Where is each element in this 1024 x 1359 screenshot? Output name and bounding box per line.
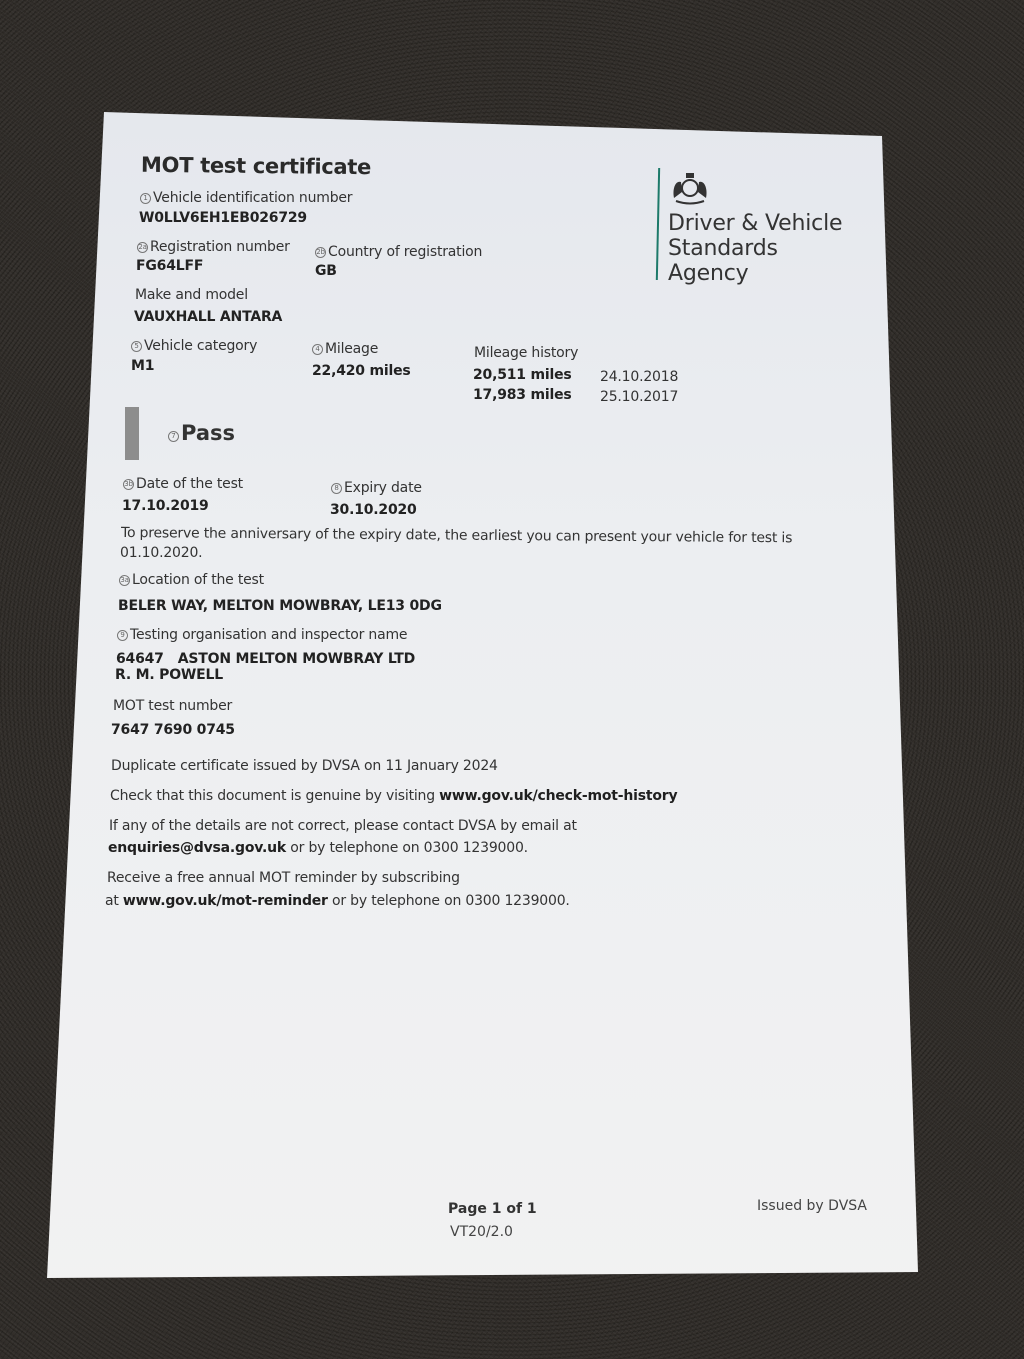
- country-label-text: Country of registration: [328, 244, 482, 260]
- expiry-date-label: 8Expiry date: [331, 480, 422, 496]
- organisation-name: ASTON MELTON MOWBRAY LTD: [178, 651, 415, 667]
- reminder-suffix: or by telephone on 0300 1239000.: [328, 893, 570, 909]
- reminder-notice-line2: at www.gov.uk/mot-reminder or by telepho…: [105, 893, 570, 909]
- contact-notice-line1: If any of the details are not correct, p…: [109, 818, 577, 834]
- field-marker: 4: [312, 344, 323, 355]
- category-label: 5Vehicle category: [131, 338, 257, 354]
- test-number-label: MOT test number: [113, 698, 232, 714]
- field-marker: 2b: [315, 247, 326, 258]
- field-marker: 3b: [123, 479, 134, 490]
- test-result: 7Pass: [168, 421, 235, 445]
- agency-name-line2: Standards: [668, 236, 842, 261]
- reminder-notice-line1: Receive a free annual MOT reminder by su…: [107, 870, 460, 886]
- registration-value: FG64LFF: [136, 258, 203, 274]
- expiry-date-label-text: Expiry date: [344, 480, 422, 496]
- location-label-text: Location of the test: [132, 572, 264, 588]
- mileage-label: 4Mileage: [312, 341, 378, 357]
- page-number: Page 1 of 1: [448, 1201, 537, 1217]
- agency-name-line3: Agency: [668, 261, 842, 286]
- vin-label: 1Vehicle identification number: [140, 190, 352, 206]
- organisation-value: 64647 ASTON MELTON MOWBRAY LTD: [116, 651, 415, 667]
- category-label-text: Vehicle category: [144, 338, 257, 354]
- mileage-label-text: Mileage: [325, 341, 378, 357]
- mileage-history-date-1: 24.10.2018: [600, 369, 678, 385]
- location-value: BELER WAY, MELTON MOWBRAY, LE13 0DG: [118, 598, 442, 614]
- form-code: VT20/2.0: [450, 1224, 513, 1240]
- royal-coat-of-arms-icon: [668, 170, 712, 206]
- category-value: M1: [131, 358, 154, 374]
- test-date-value: 17.10.2019: [122, 498, 209, 514]
- field-marker: 7: [168, 431, 179, 442]
- field-marker: 5: [131, 341, 142, 352]
- check-mot-history-link[interactable]: www.gov.uk/check-mot-history: [439, 788, 677, 804]
- field-marker: 3a: [119, 575, 130, 586]
- agency-name: Driver & Vehicle Standards Agency: [668, 211, 842, 286]
- make-model-value: VAUXHALL ANTARA: [134, 309, 282, 325]
- field-marker: 9: [117, 630, 128, 641]
- mileage-history-miles-1: 20,511 miles: [473, 367, 572, 383]
- issuer: Issued by DVSA: [757, 1198, 867, 1214]
- organisation-label-text: Testing organisation and inspector name: [130, 627, 407, 643]
- test-date-label: 3bDate of the test: [123, 476, 243, 492]
- organisation-label: 9Testing organisation and inspector name: [117, 627, 407, 643]
- field-marker: 2a: [137, 242, 148, 253]
- country-value: GB: [315, 263, 337, 279]
- inspector-name: R. M. POWELL: [115, 667, 223, 683]
- site-number: 64647: [116, 651, 164, 667]
- field-marker: 8: [331, 483, 342, 494]
- test-result-value: Pass: [181, 421, 235, 445]
- make-model-label: Make and model: [135, 287, 248, 303]
- contact-notice-line2: enquiries@dvsa.gov.uk or by telephone on…: [108, 840, 528, 856]
- anniversary-note-line2: 01.10.2020.: [120, 545, 202, 561]
- mileage-history-miles-2: 17,983 miles: [473, 387, 572, 403]
- mileage-history-date-2: 25.10.2017: [600, 389, 678, 405]
- result-indicator-bar: [125, 407, 139, 460]
- duplicate-notice: Duplicate certificate issued by DVSA on …: [111, 758, 498, 774]
- location-label: 3aLocation of the test: [119, 572, 264, 588]
- mot-reminder-link[interactable]: www.gov.uk/mot-reminder: [123, 893, 328, 909]
- agency-name-line1: Driver & Vehicle: [668, 211, 842, 236]
- expiry-date-value: 30.10.2020: [330, 502, 417, 518]
- vin-label-text: Vehicle identification number: [153, 190, 352, 206]
- mileage-history-label: Mileage history: [474, 345, 578, 361]
- mileage-value: 22,420 miles: [312, 363, 411, 379]
- check-notice-text: Check that this document is genuine by v…: [110, 788, 439, 804]
- registration-label: 2aRegistration number: [137, 239, 290, 255]
- contact-email-link[interactable]: enquiries@dvsa.gov.uk: [108, 840, 286, 856]
- test-date-label-text: Date of the test: [136, 476, 243, 492]
- registration-label-text: Registration number: [150, 239, 290, 255]
- contact-suffix: or by telephone on 0300 1239000.: [286, 840, 528, 856]
- field-marker: 1: [140, 193, 151, 204]
- certificate-title: MOT test certificate: [141, 153, 371, 179]
- vin-value: W0LLV6EH1EB026729: [139, 210, 307, 226]
- check-notice: Check that this document is genuine by v…: [110, 788, 677, 804]
- country-label: 2bCountry of registration: [315, 244, 482, 260]
- test-number-value: 7647 7690 0745: [111, 722, 235, 738]
- reminder-prefix: at: [105, 893, 123, 909]
